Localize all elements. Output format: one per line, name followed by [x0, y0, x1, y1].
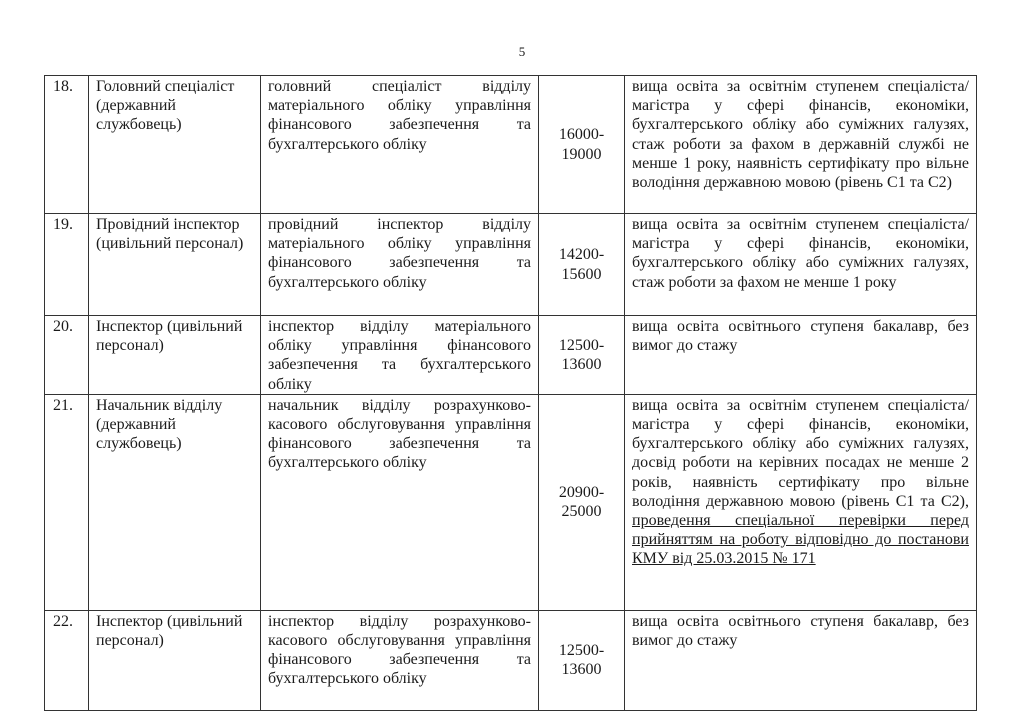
- position-description: інспектор відділу матеріального обліку у…: [261, 316, 539, 395]
- position-title: Провідний інспектор (цивільний персонал): [89, 214, 261, 316]
- row-number: 21.: [45, 394, 89, 610]
- table-row: 22. Інспектор (цивільний персонал) інспе…: [45, 610, 977, 710]
- position-description: провідний інспектор відділу матеріальног…: [261, 214, 539, 316]
- position-title: Головний спеціаліст (державний службовец…: [89, 76, 261, 214]
- requirements: вища освіта за освітнім ступенем спеціал…: [625, 394, 977, 610]
- position-description: начальник відділу розрахунково-касового …: [261, 394, 539, 610]
- salary-range: 20900- 25000: [539, 394, 625, 610]
- position-description: інспектор відділу розрахунково-касового …: [261, 610, 539, 710]
- salary-range: 14200- 15600: [539, 214, 625, 316]
- requirements-text: вища освіта за освітнім ступенем спеціал…: [632, 78, 969, 191]
- requirements-underlined: проведення спеціальної перевірки перед п…: [632, 512, 969, 567]
- requirements-text: вища освіта за освітнім ступенем спеціал…: [632, 216, 969, 291]
- requirements: вища освіта освітнього ступеня бакалавр,…: [625, 610, 977, 710]
- table-row: 18. Головний спеціаліст (державний служб…: [45, 76, 977, 214]
- requirements-text: вища освіта за освітнім ступенем спеціал…: [632, 397, 969, 510]
- table-row: 20. Інспектор (цивільний персонал) інспе…: [45, 316, 977, 395]
- requirements: вища освіта за освітнім ступенем спеціал…: [625, 214, 977, 316]
- position-title: Інспектор (цивільний персонал): [89, 610, 261, 710]
- salary-range: 12500- 13600: [539, 316, 625, 395]
- position-title: Інспектор (цивільний персонал): [89, 316, 261, 395]
- positions-table: 18. Головний спеціаліст (державний служб…: [44, 75, 977, 711]
- table-row: 21. Начальник відділу (державний службов…: [45, 394, 977, 610]
- row-number: 20.: [45, 316, 89, 395]
- requirements-text: вища освіта освітнього ступеня бакалавр,…: [632, 318, 969, 354]
- position-description: головний спеціаліст відділу матеріальног…: [261, 76, 539, 214]
- salary-range: 16000- 19000: [539, 76, 625, 214]
- row-number: 18.: [45, 76, 89, 214]
- salary-range: 12500- 13600: [539, 610, 625, 710]
- row-number: 22.: [45, 610, 89, 710]
- requirements-text: вища освіта освітнього ступеня бакалавр,…: [632, 613, 969, 649]
- position-title: Начальник відділу (державний службовець): [89, 394, 261, 610]
- table-row: 19. Провідний інспектор (цивільний персо…: [45, 214, 977, 316]
- page-number: 5: [0, 44, 1024, 60]
- row-number: 19.: [45, 214, 89, 316]
- requirements: вища освіта освітнього ступеня бакалавр,…: [625, 316, 977, 395]
- requirements: вища освіта за освітнім ступенем спеціал…: [625, 76, 977, 214]
